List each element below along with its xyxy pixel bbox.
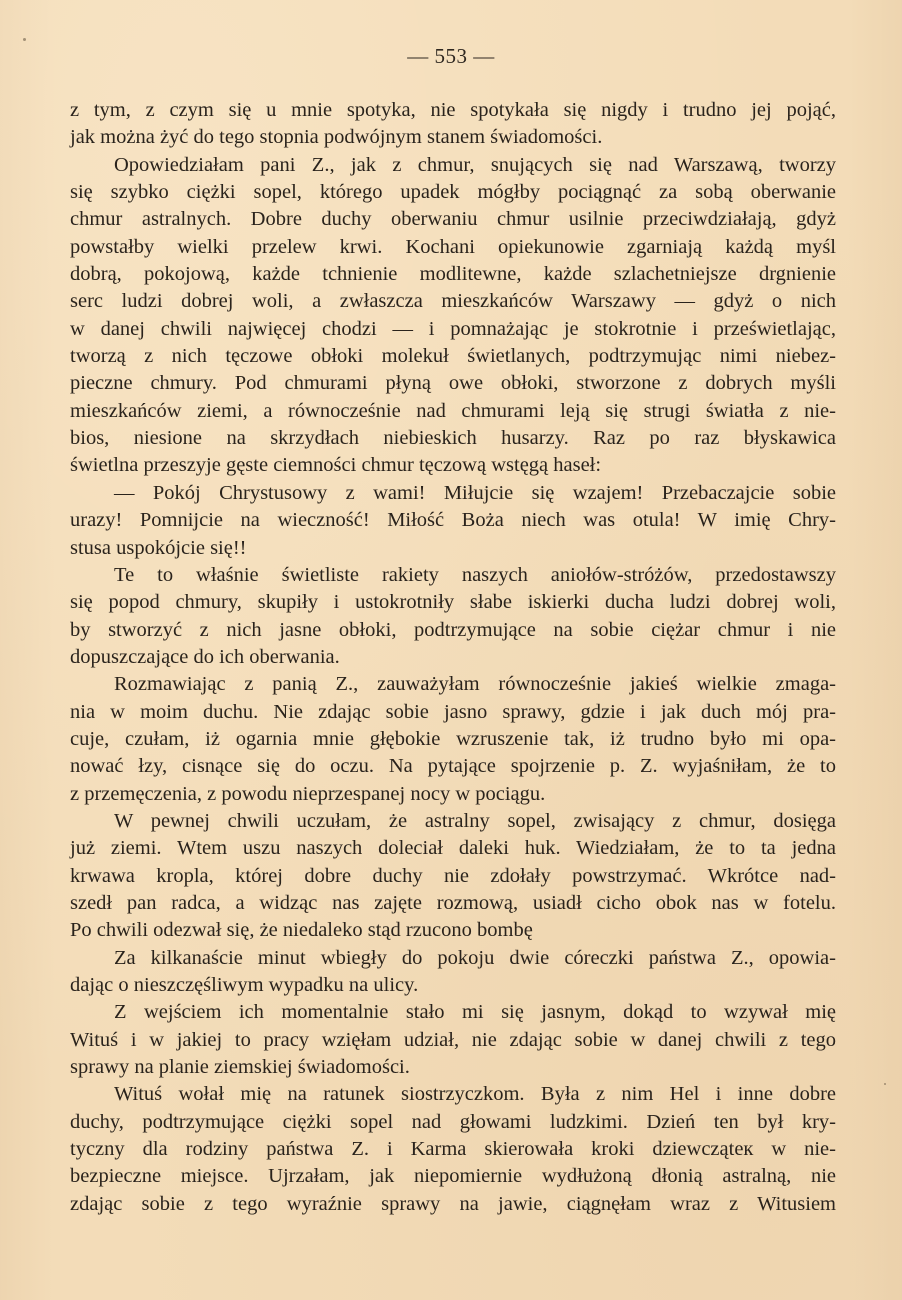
- text-line: się popod chmury, skupiły i ustokrotniły…: [70, 589, 836, 616]
- text-line: dając o nieszczęśliwym wypadku na ulicy.: [70, 972, 836, 999]
- line-text: zdając sobie z tego wyraźnie sprawy na j…: [70, 1191, 836, 1218]
- text-line: pieczne chmury. Pod chmurami płyną owe o…: [70, 370, 836, 397]
- line-text: nować łzy, cisnące się do oczu. Na pytaj…: [70, 753, 836, 780]
- paragraph-first-line: Opowiedziałam pani Z., jak z chmur, snuj…: [70, 152, 836, 179]
- line-text: w danej chwili najwięcej chodzi — i pomn…: [70, 316, 836, 343]
- line-text: już ziemi. Wtem uszu naszych doleciał da…: [70, 835, 836, 862]
- text-line: cuje, czułam, iż ogarnia mnie głębokie w…: [70, 726, 836, 753]
- line-text: — Pokój Chrystusowy z wami! Miłujcie się…: [114, 480, 836, 507]
- text-line: się szybko ciężki sopel, którego upadek …: [70, 179, 836, 206]
- line-text: Po chwili odezwał się, że niedaleko stąd…: [70, 917, 836, 944]
- line-text: dopuszczające do ich oberwania.: [70, 644, 836, 671]
- text-line: Po chwili odezwał się, że niedaleko stąd…: [70, 917, 836, 944]
- line-text: się popod chmury, skupiły i ustokrotniły…: [70, 589, 836, 616]
- paragraph-first-line: Rozmawiając z panią Z., zauważyłam równo…: [70, 671, 836, 698]
- text-line: w danej chwili najwięcej chodzi — i pomn…: [70, 316, 836, 343]
- text-line: z tym, z czym się u mnie spotyka, nie sp…: [70, 97, 836, 124]
- line-text: jak można żyć do tego stopnia podwójnym …: [70, 124, 836, 151]
- text-line: by stworzyć z nich jasne obłoki, podtrzy…: [70, 617, 836, 644]
- text-line: szedł pan radca, a widząc nas zajęte roz…: [70, 890, 836, 917]
- paper-speck: [884, 1083, 886, 1085]
- line-text: tyczny dla rodziny państwa Z. i Karma sk…: [70, 1136, 836, 1163]
- line-text: nia w moim duchu. Nie zdając sobie jasno…: [70, 699, 836, 726]
- line-text: sprawy na planie ziemskiej świadomości.: [70, 1054, 836, 1081]
- text-line: serc ludzi dobrej woli, a zwłaszcza mies…: [70, 288, 836, 315]
- line-text: się szybko ciężki sopel, którego upadek …: [70, 179, 836, 206]
- line-text: z przemęczenia, z powodu nieprzespanej n…: [70, 781, 836, 808]
- text-line: krwawa kropla, której dobre duchy nie zd…: [70, 863, 836, 890]
- line-text: Te to właśnie świetliste rakiety naszych…: [114, 562, 836, 589]
- text-line: duchy, podtrzymujące ciężki sopel nad gł…: [70, 1109, 836, 1136]
- text-line: świetlna przeszyje gęste ciemności chmur…: [70, 452, 836, 479]
- line-text: dobrą, pokojową, każde tchnienie modlite…: [70, 261, 836, 288]
- text-line: tworzą z nich tęczowe obłoki molekuł świ…: [70, 343, 836, 370]
- text-line: dopuszczające do ich oberwania.: [70, 644, 836, 671]
- text-line: powstałby wielki przelew krwi. Kochani o…: [70, 234, 836, 261]
- line-text: chmur astralnych. Dobre duchy oberwaniu …: [70, 206, 836, 233]
- line-text: powstałby wielki przelew krwi. Kochani o…: [70, 234, 836, 261]
- line-text: stusa uspokójcie się!!: [70, 535, 836, 562]
- line-text: Wituś i w jakiej to pracy wzięłam udział…: [70, 1027, 836, 1054]
- line-text: Wituś wołał mię na ratunek siostrzyczkom…: [114, 1081, 836, 1108]
- text-line: z przemęczenia, z powodu nieprzespanej n…: [70, 781, 836, 808]
- line-text: serc ludzi dobrej woli, a zwłaszcza mies…: [70, 288, 836, 315]
- text-line: urazy! Pomnijcie na wieczność! Miłość Bo…: [70, 507, 836, 534]
- text-line: zdając sobie z tego wyraźnie sprawy na j…: [70, 1191, 836, 1218]
- text-line: Wituś i w jakiej to pracy wzięłam udział…: [70, 1027, 836, 1054]
- line-text: mieszkańców ziemi, a równocześnie nad ch…: [70, 398, 836, 425]
- line-text: Z wejściem ich momentalnie stało mi się …: [114, 999, 836, 1026]
- text-line: jak można żyć do tego stopnia podwójnym …: [70, 124, 836, 151]
- text-line: bios, niesione na skrzydłach niebieskich…: [70, 425, 836, 452]
- scanned-book-page: — 553 — z tym, z czym się u mnie spotyka…: [0, 0, 902, 1300]
- line-text: cuje, czułam, iż ogarnia mnie głębokie w…: [70, 726, 836, 753]
- text-line: tyczny dla rodziny państwa Z. i Karma sk…: [70, 1136, 836, 1163]
- text-line: nować łzy, cisnące się do oczu. Na pytaj…: [70, 753, 836, 780]
- text-line: już ziemi. Wtem uszu naszych doleciał da…: [70, 835, 836, 862]
- paragraph-first-line: Te to właśnie świetliste rakiety naszych…: [70, 562, 836, 589]
- line-text: W pewnej chwili uczułam, że astralny sop…: [114, 808, 836, 835]
- paragraph-first-line: Z wejściem ich momentalnie stało mi się …: [70, 999, 836, 1026]
- line-text: świetlna przeszyje gęste ciemności chmur…: [70, 452, 836, 479]
- line-text: by stworzyć z nich jasne obłoki, podtrzy…: [70, 617, 836, 644]
- line-text: urazy! Pomnijcie na wieczność! Miłość Bo…: [70, 507, 836, 534]
- line-text: Opowiedziałam pani Z., jak z chmur, snuj…: [114, 152, 836, 179]
- text-line: sprawy na planie ziemskiej świadomości.: [70, 1054, 836, 1081]
- text-line: chmur astralnych. Dobre duchy oberwaniu …: [70, 206, 836, 233]
- line-text: krwawa kropla, której dobre duchy nie zd…: [70, 863, 836, 890]
- paragraph-first-line: — Pokój Chrystusowy z wami! Miłujcie się…: [70, 480, 836, 507]
- page-number: — 553 —: [0, 44, 902, 69]
- line-text: Za kilkanaście minut wbiegły do pokoju d…: [114, 945, 836, 972]
- line-text: z tym, z czym się u mnie spotyka, nie sp…: [70, 97, 836, 124]
- paragraph-first-line: Za kilkanaście minut wbiegły do pokoju d…: [70, 945, 836, 972]
- line-text: dając o nieszczęśliwym wypadku na ulicy.: [70, 972, 836, 999]
- text-line: bezpieczne miejsce. Ujrzałam, jak niepom…: [70, 1163, 836, 1190]
- line-text: szedł pan radca, a widząc nas zajęte roz…: [70, 890, 836, 917]
- text-line: stusa uspokójcie się!!: [70, 535, 836, 562]
- line-text: bezpieczne miejsce. Ujrzałam, jak niepom…: [70, 1163, 836, 1190]
- paragraph-first-line: W pewnej chwili uczułam, że astralny sop…: [70, 808, 836, 835]
- text-line: dobrą, pokojową, każde tchnienie modlite…: [70, 261, 836, 288]
- line-text: duchy, podtrzymujące ciężki sopel nad gł…: [70, 1109, 836, 1136]
- line-text: tworzą z nich tęczowe obłoki molekuł świ…: [70, 343, 836, 370]
- text-line: mieszkańców ziemi, a równocześnie nad ch…: [70, 398, 836, 425]
- line-text: pieczne chmury. Pod chmurami płyną owe o…: [70, 370, 836, 397]
- paragraph-first-line: Wituś wołał mię na ratunek siostrzyczkom…: [70, 1081, 836, 1108]
- line-text: Rozmawiając z panią Z., zauważyłam równo…: [114, 671, 836, 698]
- body-text: z tym, z czym się u mnie spotyka, nie sp…: [70, 97, 836, 1218]
- text-line: nia w moim duchu. Nie zdając sobie jasno…: [70, 699, 836, 726]
- line-text: bios, niesione na skrzydłach niebieskich…: [70, 425, 836, 452]
- paper-speck: [23, 38, 26, 41]
